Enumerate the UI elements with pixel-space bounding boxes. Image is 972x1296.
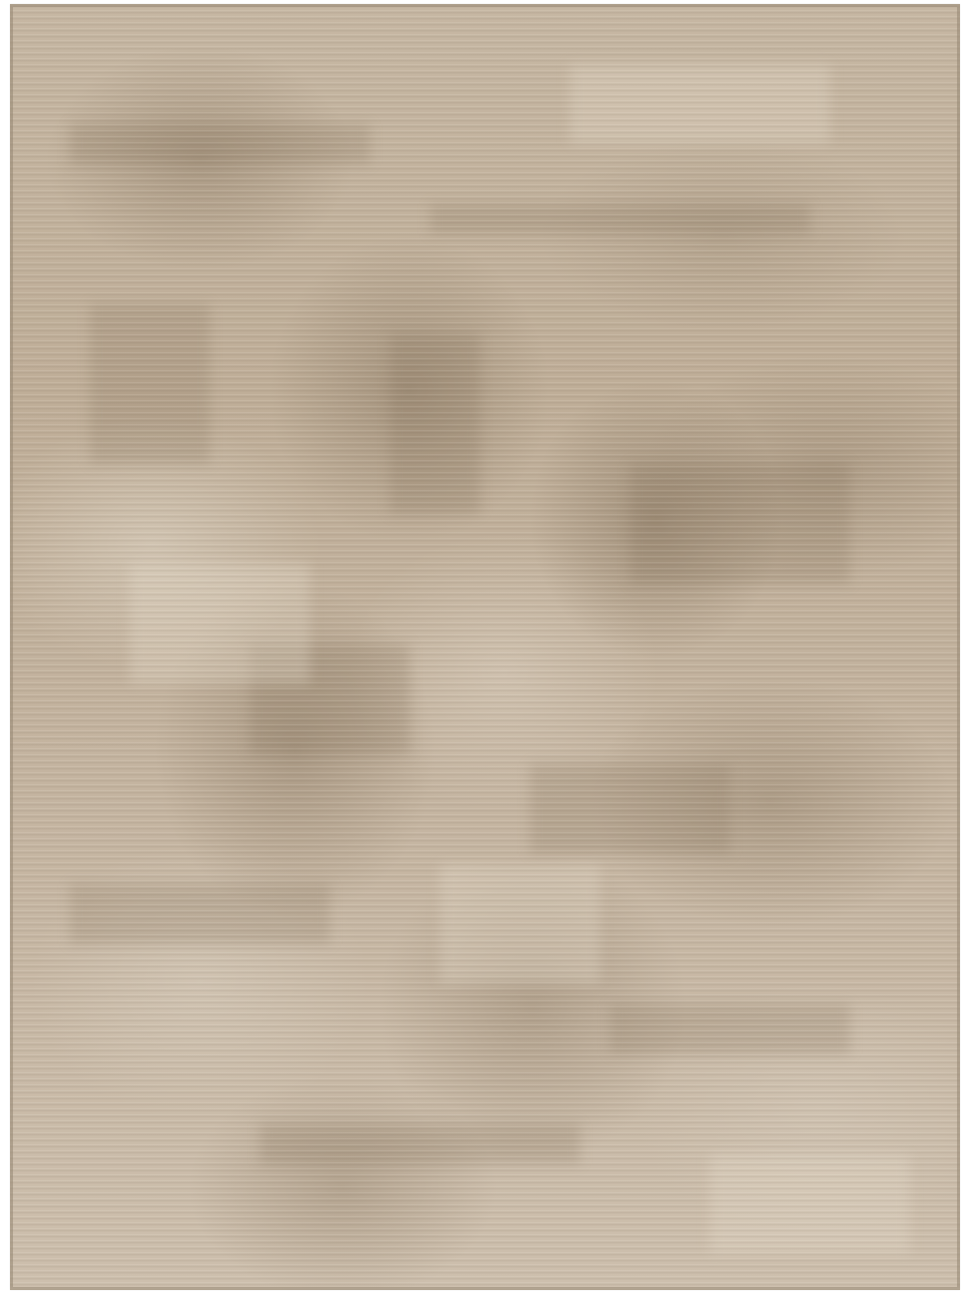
pile-striations xyxy=(10,4,960,1290)
product-photo xyxy=(0,0,972,1296)
rug xyxy=(10,4,960,1290)
